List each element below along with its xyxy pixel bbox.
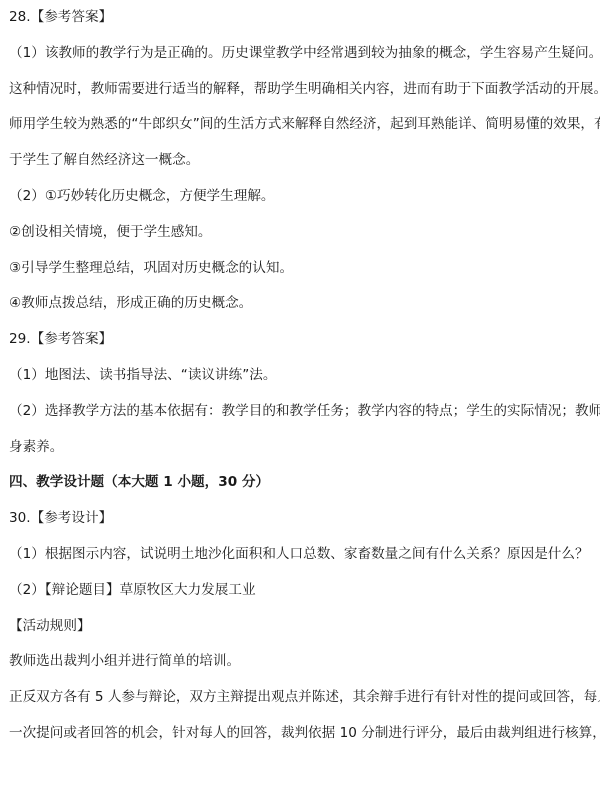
q29-part2-line: 身素养。 — [9, 430, 594, 466]
q30-heading: 30.【参考设计】 — [9, 501, 594, 537]
q28-part2-item: ④教师点拨总结，形成正确的历史概念。 — [9, 286, 594, 322]
q30-part1: （1）根据图示内容，试说明土地沙化面积和人口总数、家畜数量之间有什么关系？原因是… — [9, 537, 594, 573]
q28-part2-item: ②创设相关情境，便于学生感知。 — [9, 215, 594, 251]
q28-part2-item: ③引导学生整理总结，巩固对历史概念的认知。 — [9, 251, 594, 287]
q28-heading: 28.【参考答案】 — [9, 0, 594, 36]
q29-heading: 29.【参考答案】 — [9, 322, 594, 358]
q30-rules-line: 教师选出裁判小组并进行简单的培训。 — [9, 644, 594, 680]
q30-rules-line: 一次提问或者回答的机会，针对每人的回答，裁判依据 10 分制进行评分，最后由裁判… — [9, 716, 594, 752]
q30-part2: （2）【辩论题目】草原牧区大力发展工业 — [9, 573, 594, 609]
q29-part2-line: （2）选择教学方法的基本依据有：教学目的和教学任务；教学内容的特点；学生的实际情… — [9, 394, 594, 430]
q28-part1-line: 师用学生较为熟悉的“牛郎织女”间的生活方式来解释自然经济，起到耳熟能详、简明易懂… — [9, 107, 594, 143]
q29-part1: （1）地图法、读书指导法、“读议讲练”法。 — [9, 358, 594, 394]
q30-rules-line: 正反双方各有 5 人参与辩论，双方主辩提出观点并陈述，其余辩手进行有针对性的提问… — [9, 680, 594, 716]
section-title: 四、教学设计题（本大题 1 小题，30 分） — [9, 465, 594, 501]
q28-part1-line: （1）该教师的教学行为是正确的。历史课堂教学中经常遇到较为抽象的概念，学生容易产… — [9, 36, 594, 72]
q30-rules-heading: 【活动规则】 — [9, 609, 594, 645]
q28-part2-item: （2）①巧妙转化历史概念，方便学生理解。 — [9, 179, 594, 215]
answer-document: 28.【参考答案】 （1）该教师的教学行为是正确的。历史课堂教学中经常遇到较为抽… — [9, 0, 594, 752]
q28-part1-line: 于学生了解自然经济这一概念。 — [9, 143, 594, 179]
q28-part1-line: 这种情况时，教师需要进行适当的解释，帮助学生明确相关内容，进而有助于下面教学活动… — [9, 72, 594, 108]
